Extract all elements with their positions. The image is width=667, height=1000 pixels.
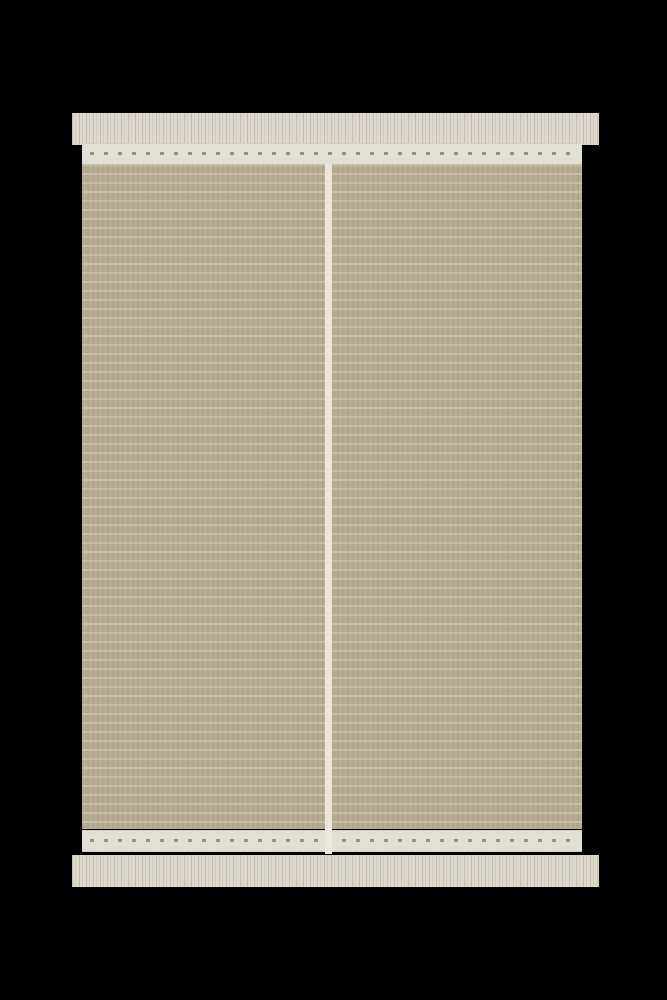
top-stitched-band — [82, 143, 582, 165]
center-line — [325, 164, 332, 854]
stitch-dots — [90, 839, 574, 842]
rug-body — [82, 164, 582, 829]
bottom-fringe — [72, 855, 599, 887]
bottom-stitched-band — [82, 830, 582, 852]
stitch-dots — [90, 152, 574, 155]
top-fringe — [72, 113, 599, 145]
